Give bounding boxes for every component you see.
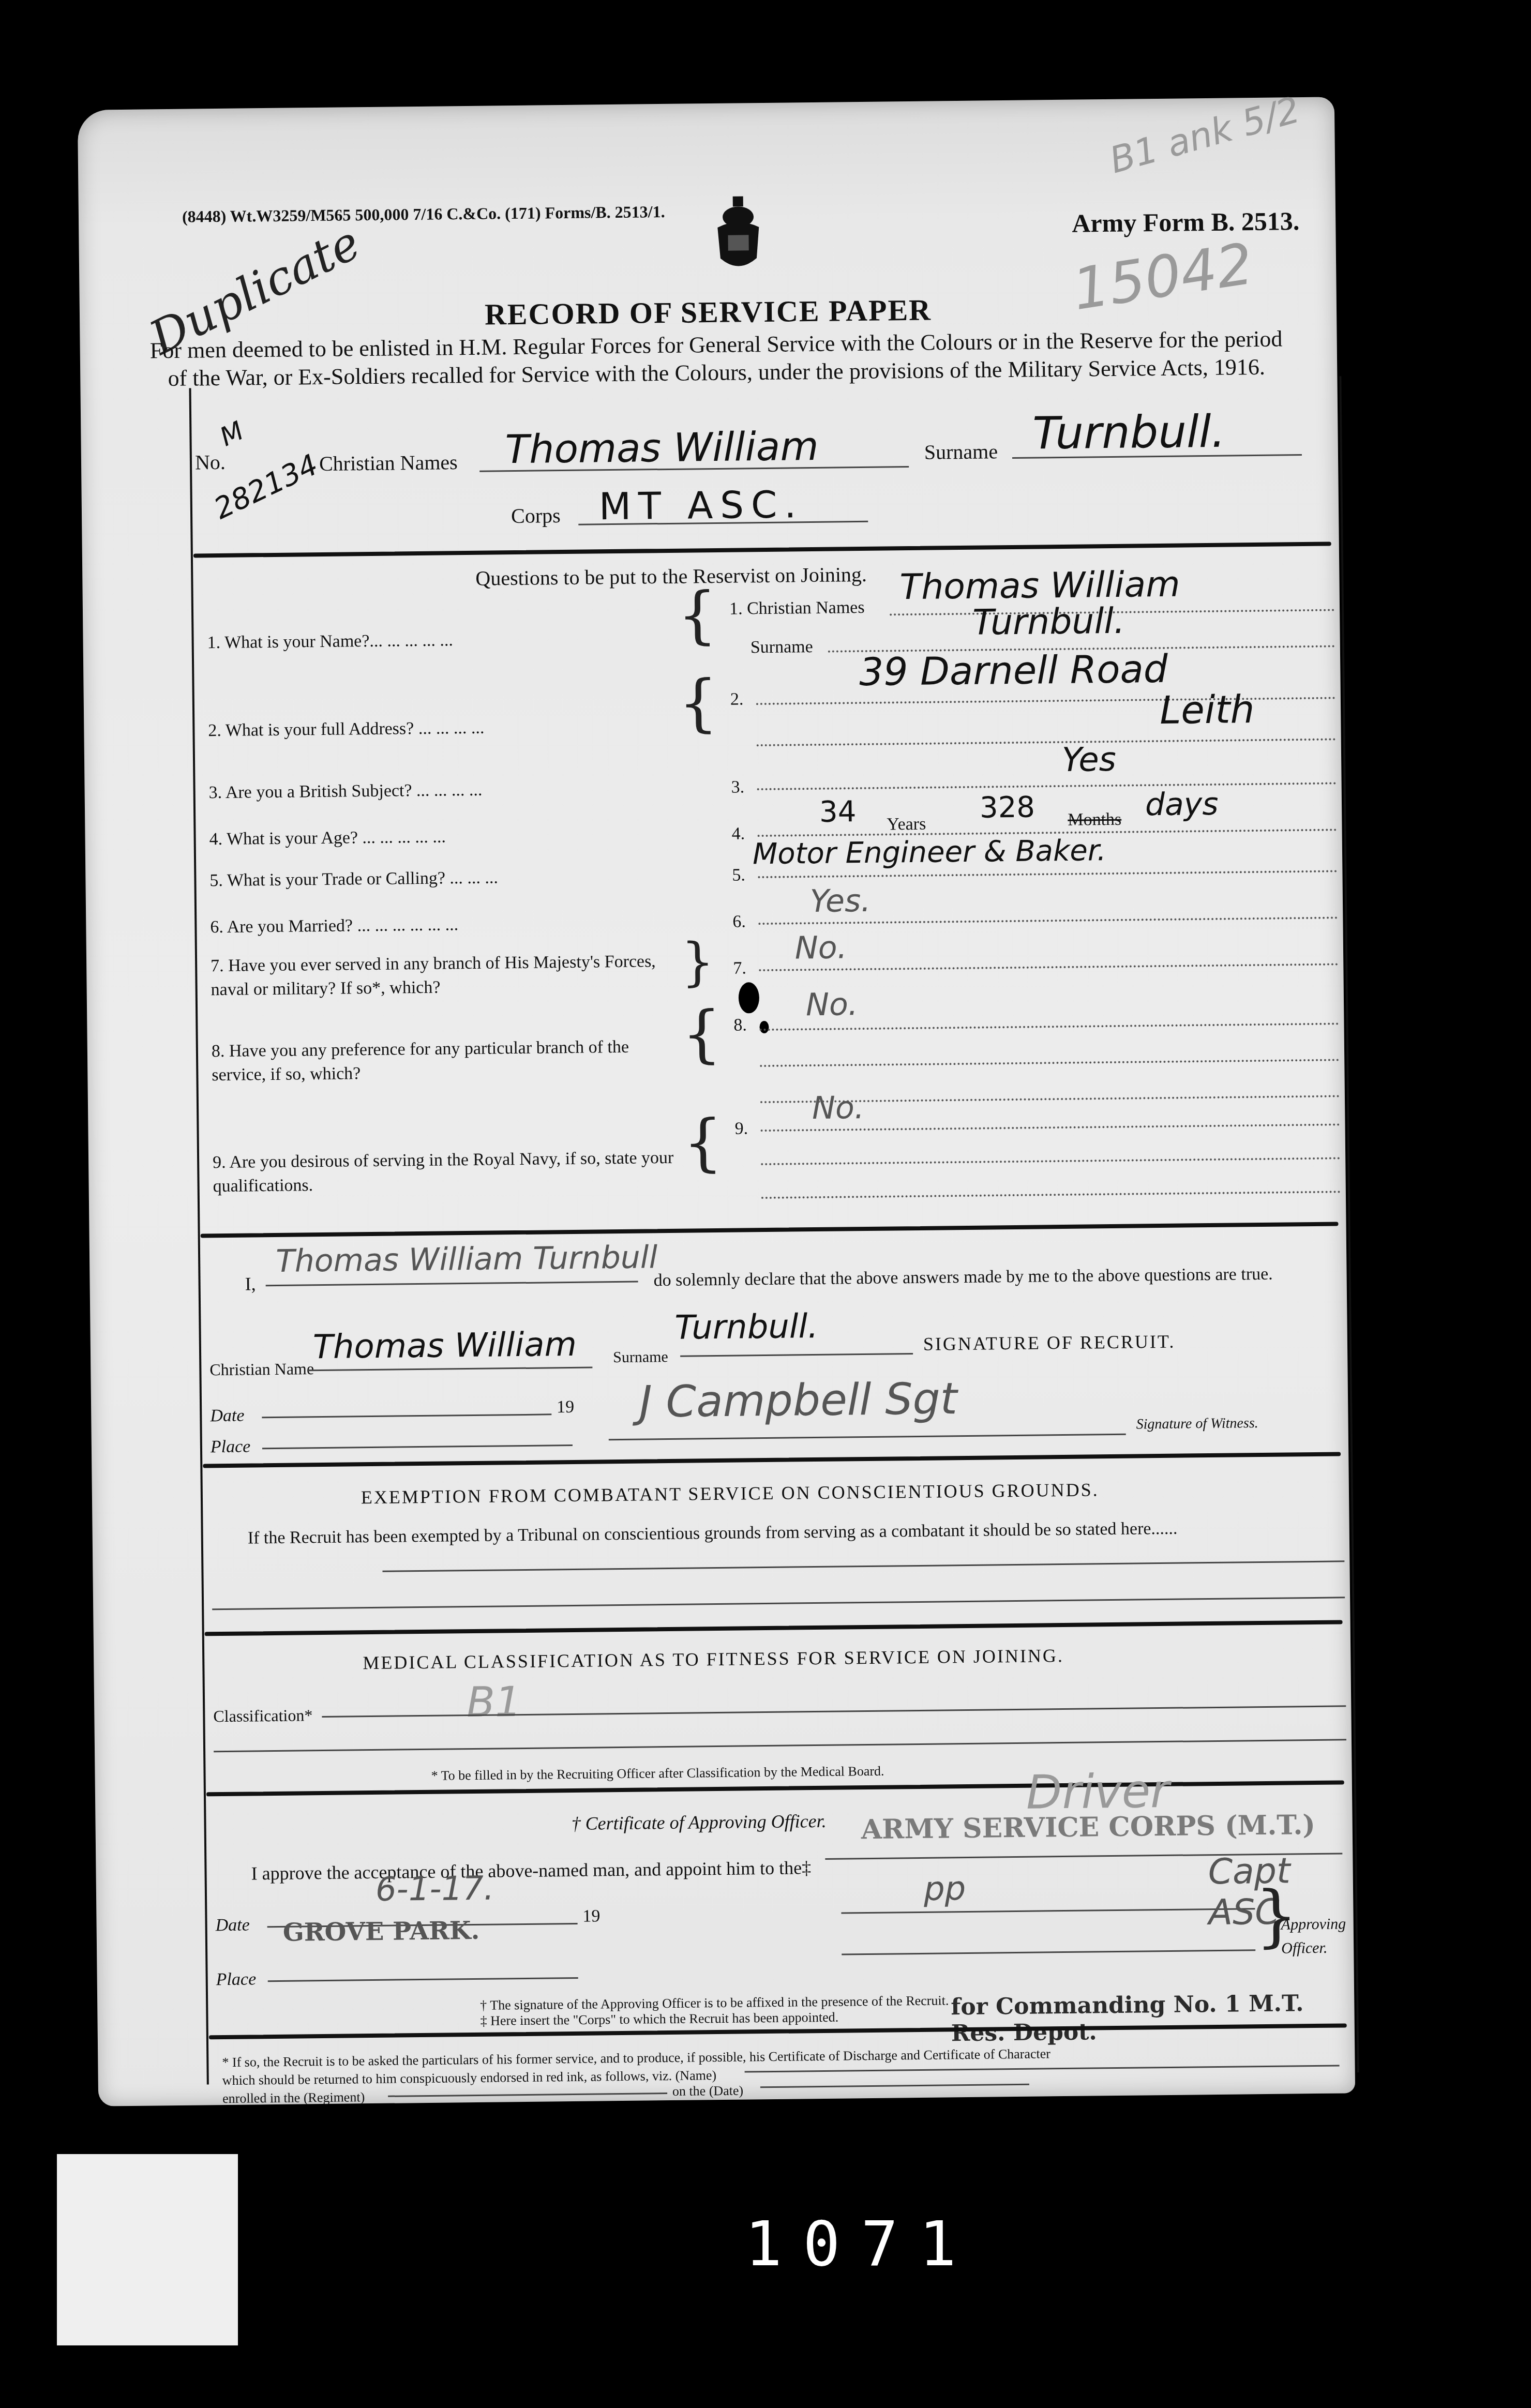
surname-value[interactable]: Turnbull. xyxy=(1032,406,1226,460)
brace-2: { xyxy=(678,672,718,735)
royal-crest-icon xyxy=(710,196,768,274)
question-8: 8. Have you any preference for any parti… xyxy=(212,1035,678,1087)
question-1: 1. What is your Name?... ... ... ... ... xyxy=(207,628,453,655)
answer-1-label: 1. Christian Names xyxy=(729,596,865,621)
witness-label: Signature of Witness. xyxy=(1136,1411,1258,1436)
declaration-surname-label: Surname xyxy=(613,1345,668,1369)
classification-value[interactable]: B1 xyxy=(467,1678,522,1726)
answer-2-label: 2. xyxy=(730,687,744,711)
answer-7-value[interactable]: No. xyxy=(795,929,847,966)
answer-4-label: 4. xyxy=(731,822,745,846)
answer-9-label: 9. xyxy=(734,1117,748,1140)
declaration-christian-name-label: Christian Name xyxy=(209,1357,314,1381)
question-7: 7. Have you ever served in any branch of… xyxy=(211,950,677,1002)
answer-8-value[interactable]: No. xyxy=(806,986,858,1023)
surname-label: Surname xyxy=(924,439,998,464)
form-id: Army Form B. 2513. xyxy=(1072,206,1300,238)
microfilm-frame-number: 1071 xyxy=(745,2208,977,2280)
brace-8: { xyxy=(682,1003,722,1066)
answer-3-value[interactable]: Yes xyxy=(1062,741,1117,779)
brace-1: { xyxy=(678,584,718,647)
answer-3-label: 3. xyxy=(731,775,744,799)
declaration-year-prefix: 19 xyxy=(557,1395,574,1419)
declaration-text: do solemnly declare that the above answe… xyxy=(653,1253,1337,1301)
answer-6-label: 6. xyxy=(732,910,746,934)
question-4: 4. What is your Age? ... ... ... ... ... xyxy=(209,825,446,851)
age-years-value[interactable]: 34 xyxy=(819,795,857,829)
approval-year-prefix: 19 xyxy=(582,1904,600,1928)
number-label: No. xyxy=(195,450,226,475)
question-6: 6. Are you Married? ... ... ... ... ... … xyxy=(210,913,458,939)
service-record-paper: (8448) Wt.W3259/M565 500,000 7/16 C.&Co.… xyxy=(78,97,1355,2106)
pencil-annotation-class: B1 ank 5/2 xyxy=(1105,88,1304,182)
corps-label: Corps xyxy=(511,503,561,528)
corps-stamp: ARMY SERVICE CORPS (M.T.) xyxy=(861,1809,1315,1845)
declaration-date-label: Date xyxy=(210,1404,245,1428)
answer-5-label: 5. xyxy=(732,863,745,887)
declaration-name[interactable]: Thomas William Turnbull xyxy=(276,1239,658,1280)
answer-8-label: 8. xyxy=(733,1013,747,1037)
signature-of-recruit-label: SIGNATURE OF RECRUIT. xyxy=(923,1330,1176,1356)
former-service-date-label: on the (Date) xyxy=(672,2079,744,2103)
answer-5-trade[interactable]: Motor Engineer & Baker. xyxy=(753,834,1106,871)
declaration-prefix: I, xyxy=(245,1272,256,1296)
christian-names-label: Christian Names xyxy=(319,450,458,476)
approving-officer-heading: † Certificate of Approving Officer. xyxy=(571,1809,826,1835)
questions-heading: Questions to be put to the Reservist on … xyxy=(475,562,867,591)
answer-6-value[interactable]: Yes. xyxy=(810,883,871,920)
approving-officer-label: Approving Officer. xyxy=(1281,1912,1354,1960)
answer-2-address-line-2[interactable]: Leith xyxy=(1160,687,1255,733)
calibration-card xyxy=(57,2154,238,2345)
answer-1-surname[interactable]: Turnbull. xyxy=(972,601,1125,643)
question-9: 9. Are you desirous of serving in the Ro… xyxy=(213,1146,679,1198)
answer-9-value[interactable]: No. xyxy=(812,1090,864,1126)
former-service-regiment-label: enrolled in the (Regiment) xyxy=(222,2085,365,2111)
approval-place-label: Place xyxy=(216,1967,256,1992)
answer-7-label: 7. xyxy=(733,956,746,980)
question-2: 2. What is your full Address? ... ... ..… xyxy=(208,716,484,743)
question-5: 5. What is your Trade or Calling? ... ..… xyxy=(209,866,498,893)
classification-label: Classification* xyxy=(213,1703,312,1728)
age-days-value[interactable]: 328 xyxy=(980,791,1035,825)
approving-officer-signature[interactable]: pp xyxy=(924,1870,966,1908)
brace-9: { xyxy=(683,1112,723,1175)
medical-footnote: * To be filled in by the Recruiting Offi… xyxy=(431,1759,884,1788)
ink-blot xyxy=(739,982,760,1013)
answer-1-surname-label: Surname xyxy=(751,635,813,659)
declaration-place-label: Place xyxy=(211,1435,251,1459)
christian-names-value[interactable]: Thomas William xyxy=(505,423,819,472)
grove-park-stamp: GROVE PARK. xyxy=(282,1916,479,1947)
age-days-label: days xyxy=(1145,786,1219,823)
answer-2-address-line-1[interactable]: 39 Darnell Road xyxy=(859,647,1168,695)
approval-date-value[interactable]: 6-1-17. xyxy=(376,1870,494,1909)
declaration-christian-name[interactable]: Thomas William xyxy=(313,1326,577,1366)
age-months-label: Months xyxy=(1068,808,1121,832)
witness-signature[interactable]: J Campbell Sgt xyxy=(639,1373,958,1427)
depot-stamp: for Commanding No. 1 M.T. Res. Depot. xyxy=(951,1990,1355,2046)
brace-7: } xyxy=(681,936,715,988)
approval-date-label: Date xyxy=(215,1914,250,1938)
print-code: (8448) Wt.W3259/M565 500,000 7/16 C.&Co.… xyxy=(182,202,665,227)
question-3: 3. Are you a British Subject? ... ... ..… xyxy=(208,778,482,805)
declaration-surname[interactable]: Turnbull. xyxy=(674,1307,818,1347)
